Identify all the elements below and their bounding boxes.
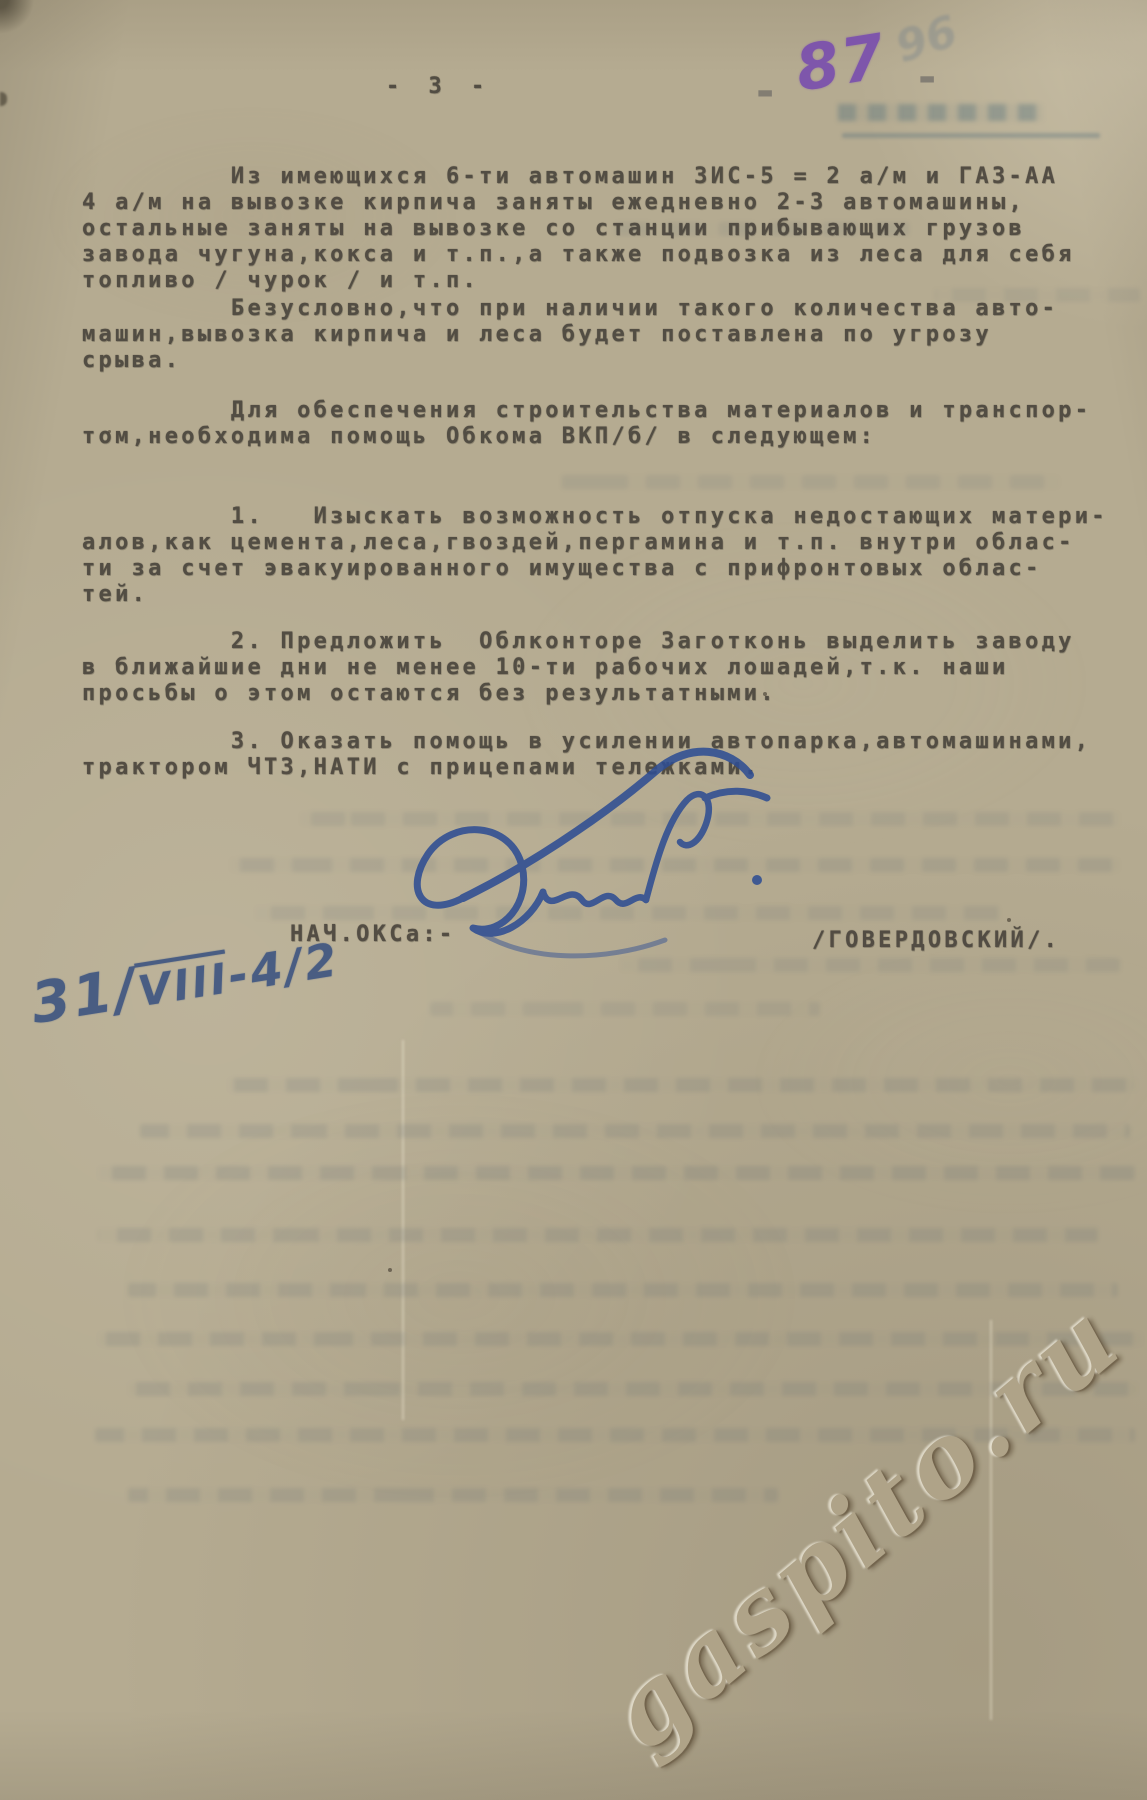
handwritten-date-month: VIII	[135, 953, 233, 1016]
typed-paragraph: Из имеющихся 6-ти автомашин ЗИС-5 = 2 а/…	[82, 164, 1075, 294]
archive-dash-right-icon: -	[918, 52, 936, 103]
bleed-through-line	[128, 1283, 1118, 1297]
handwritten-signature	[385, 740, 795, 980]
archive-number-stamp: 87	[791, 19, 892, 105]
typed-list-item: 1. Изыскать возможность отпуска недостаю…	[82, 504, 1108, 608]
handwritten-date: 31/VIII-4/2	[27, 924, 344, 1037]
signed-name: /ГОВЕРДОВСКИЙ/.	[812, 928, 1060, 954]
bleed-through-line	[560, 475, 1060, 489]
paper-speck	[388, 1268, 392, 1272]
watermark: gaspito.ru	[585, 1277, 1135, 1762]
bleed-through-line	[128, 1488, 778, 1502]
bleed-through-line	[98, 1332, 1143, 1346]
paper-speck	[1007, 918, 1011, 922]
bleed-through-line	[140, 1124, 1130, 1138]
bleed-through-underline	[842, 133, 1100, 138]
typed-paragraph: Для обеспечения строительства материалов…	[82, 398, 1091, 450]
document-page: { "page": { "page_number": "- 3 -", "arc…	[0, 0, 1147, 1800]
bleed-through-line	[228, 1078, 1138, 1092]
handwritten-date-suffix: -4/2	[224, 932, 343, 1003]
paper-edge-nick	[0, 92, 7, 106]
archive-dash-left-icon: -	[756, 66, 774, 117]
handwritten-date-day: 31/	[27, 956, 143, 1037]
bleed-through-stamp-text	[838, 104, 1043, 121]
bleed-through-line	[98, 1166, 1138, 1180]
typed-paragraph: Безусловно,что при наличии такого количе…	[82, 296, 1058, 374]
typed-list-item: 2. Предложить Облконторе Заготконь выдел…	[82, 629, 1075, 707]
bleed-through-line	[98, 1228, 1098, 1242]
bleed-through-line	[430, 1002, 820, 1016]
page-number: - 3 -	[386, 74, 492, 100]
paper-crease	[402, 1040, 404, 1420]
